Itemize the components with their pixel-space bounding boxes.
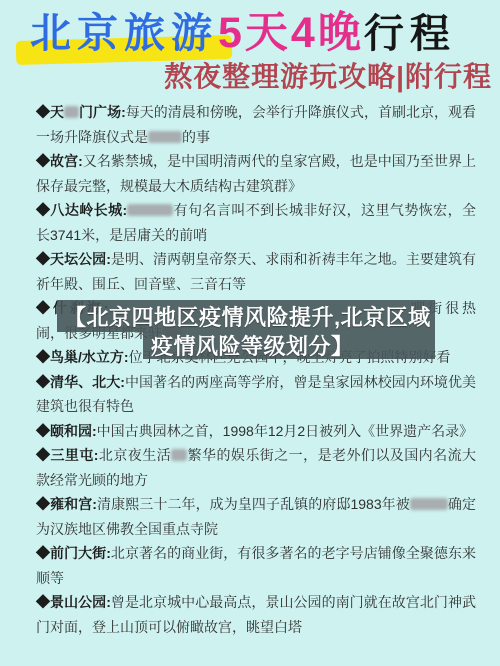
attraction-item-tiananmen-square: ◆天门广场:每天的清晨和傍晚，会举行升降旗仪式，首刷北京，观看一场升降旗仪式是的… [36,100,476,149]
attraction-label: ◆鸟巢/水立方: [36,349,129,365]
attraction-label: ◆故宫: [36,153,83,169]
attraction-item-temple-of-heaven: ◆天坛公园:是明、清两朝皇帝祭天、求雨和祈祷丰年之地。主要建筑有祈年殿、围丘、回… [36,247,476,296]
attraction-label: ◆天 [36,104,64,120]
attraction-label: ◆颐和园: [36,423,97,439]
attraction-item-summer-palace: ◆颐和园:中国古典园林之首，1998年12月2日被列入《世界遗产名录》 [36,419,476,444]
attraction-list: ◆天门广场:每天的清晨和傍晚，会举行升降旗仪式，首刷北京，观看一场升降旗仪式是的… [0,94,500,639]
censored-blur-patch [171,449,187,461]
censored-blur-patch [148,131,182,143]
attraction-item-yonghe-temple: ◆雍和宫:清康熙三十二年，成为皇四子乱镇的府邸1983年被确定为汉族地区佛教全国… [36,492,476,541]
attraction-text: 又名紫禁城，是中国明清两代的皇家宫殿，也是中国乃至世界上保存最完整，规模最大木质… [36,153,476,194]
risk-notice-overlay-line1: 【北京四地区疫情风险提升,北京区域 [57,300,435,332]
attraction-text: 清康熙三十二年，成为皇四子乱镇的府邸1983年被 [97,496,410,512]
subtitle: 熬夜整理游玩攻略|附行程 [30,59,496,94]
attraction-label: ◆雍和宫: [36,496,97,512]
attraction-label: ◆前门大街: [36,545,111,561]
attraction-label: ◆八达岭长城: [36,202,127,218]
censored-blur-patch [127,204,173,216]
censored-blur-patch [64,106,79,118]
attraction-item-jingshan-park: ◆景山公园:曾是北京城中心最高点，景山公园的南门就在故宫北门神武门对面，登上山顶… [36,590,476,639]
attraction-item-forbidden-city: ◆故宫:又名紫禁城，是中国明清两代的皇家宫殿，也是中国乃至世界上保存最完整，规模… [36,149,476,198]
attraction-item-qianmen-street: ◆前门大街:北京著名的商业街，有很多著名的老字号店铺像全聚德东来顺等 [36,541,476,590]
attraction-label: ◆景山公园: [36,594,111,610]
attraction-item-tsinghua-peking-university: ◆清华、北大:中国著名的两座高等学府，曾是皇家园林校园内环境优美建筑也很有特色 [36,370,476,419]
attraction-label: ◆天坛公园: [36,251,111,267]
attraction-text: 中国古典园林之首，1998年12月2日被列入《世界遗产名录》 [97,423,474,439]
beijing-travel-notes-page: 北京旅游 5天4晚 行程 熬夜整理游玩攻略|附行程 ◆天门广场:每天的清晨和傍晚… [0,0,500,666]
attraction-label: 门广场: [79,104,126,120]
attraction-text: 的事 [182,129,210,145]
title-beijing-travel: 北京旅游 [30,11,218,56]
attraction-item-sanlitun: ◆三里屯:北京夜生活繁华的娱乐街之一，是老外们以及国内名流大款经常光顾的地方 [36,443,476,492]
page-title: 北京旅游 5天4晚 行程 [30,10,496,57]
header: 北京旅游 5天4晚 行程 熬夜整理游玩攻略|附行程 [0,0,500,94]
title-itinerary: 行程 [364,12,456,56]
title-5d4n: 5天4晚 [218,10,364,57]
attraction-label: ◆清华、北大: [36,374,125,390]
risk-notice-overlay-line2: 疫情风险等级划分】 [143,332,435,359]
censored-blur-patch [410,498,448,510]
attraction-text: 北京夜生活 [98,447,171,463]
attraction-item-badaling-great-wall: ◆八达岭长城:有句名言叫不到长城非好汉，这里气势恢宏，全长3741米，是居庸关的… [36,198,476,247]
attraction-label: ◆三里屯: [36,447,98,463]
